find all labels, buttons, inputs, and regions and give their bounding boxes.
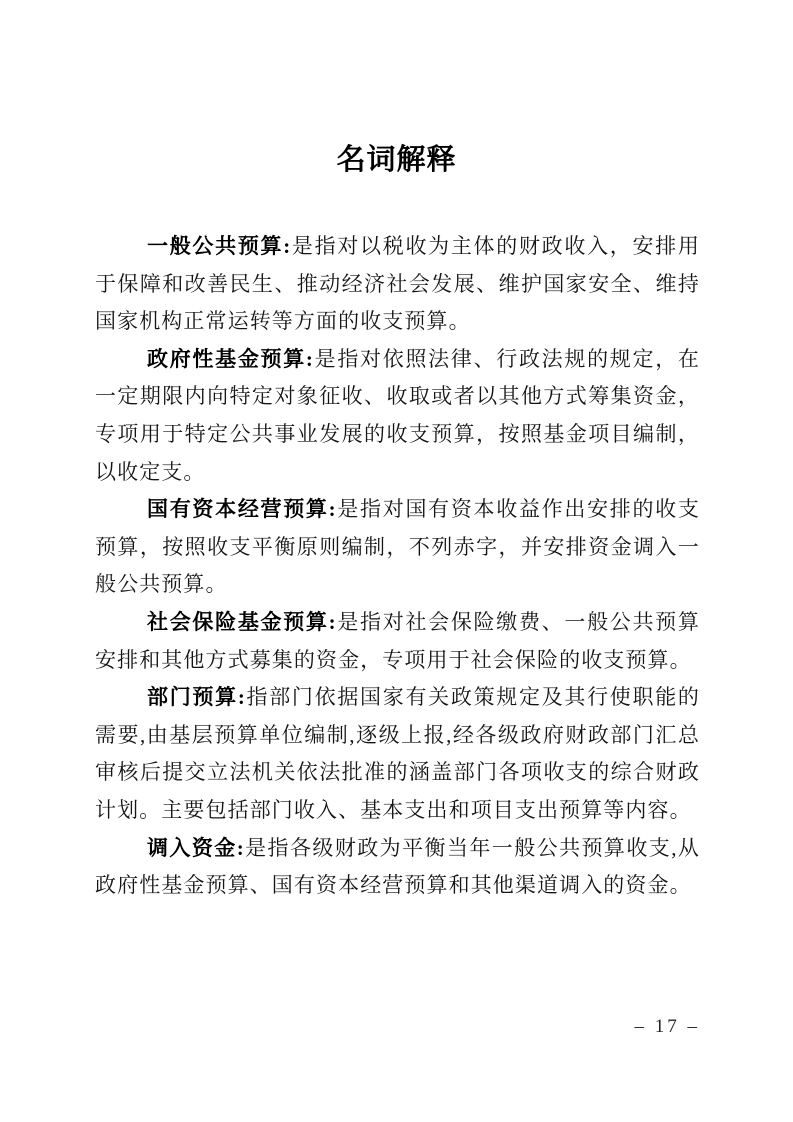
term-label: 部门预算: — [147, 685, 246, 709]
term-label: 调入资金: — [147, 836, 245, 860]
term-label: 政府性基金预算: — [147, 347, 314, 371]
definitions-section: 一般公共预算:是指对以税收为主体的财政收入，安排用于保障和改善民生、推动经济社会… — [95, 228, 700, 905]
term-label: 一般公共预算: — [147, 234, 291, 258]
term-label: 国有资本经营预算: — [147, 497, 337, 521]
term-label: 社会保险基金预算: — [147, 610, 337, 634]
definition-paragraph: 部门预算:指部门依据国家有关政策规定及其行使职能的需要,由基层预算单位编制,逐级… — [95, 679, 700, 829]
definition-paragraph: 社会保险基金预算:是指对社会保险缴费、一般公共预算安排和其他方式募集的资金，专项… — [95, 604, 700, 679]
definition-paragraph: 国有资本经营预算:是指对国有资本收益作出安排的收支预算，按照收支平衡原则编制，不… — [95, 491, 700, 604]
definition-paragraph: 政府性基金预算:是指对依照法律、行政法规的规定，在一定期限内向特定对象征收、收取… — [95, 341, 700, 491]
definition-paragraph: 调入资金:是指各级财政为平衡当年一般公共预算收支,从政府性基金预算、国有资本经营… — [95, 830, 700, 905]
document-page: 名词解释 一般公共预算:是指对以税收为主体的财政收入，安排用于保障和改善民生、推… — [0, 0, 793, 1122]
page-title: 名词解释 — [0, 0, 793, 177]
definition-paragraph: 一般公共预算:是指对以税收为主体的财政收入，安排用于保障和改善民生、推动经济社会… — [95, 228, 700, 341]
page-number: – 17 – — [635, 1016, 701, 1038]
